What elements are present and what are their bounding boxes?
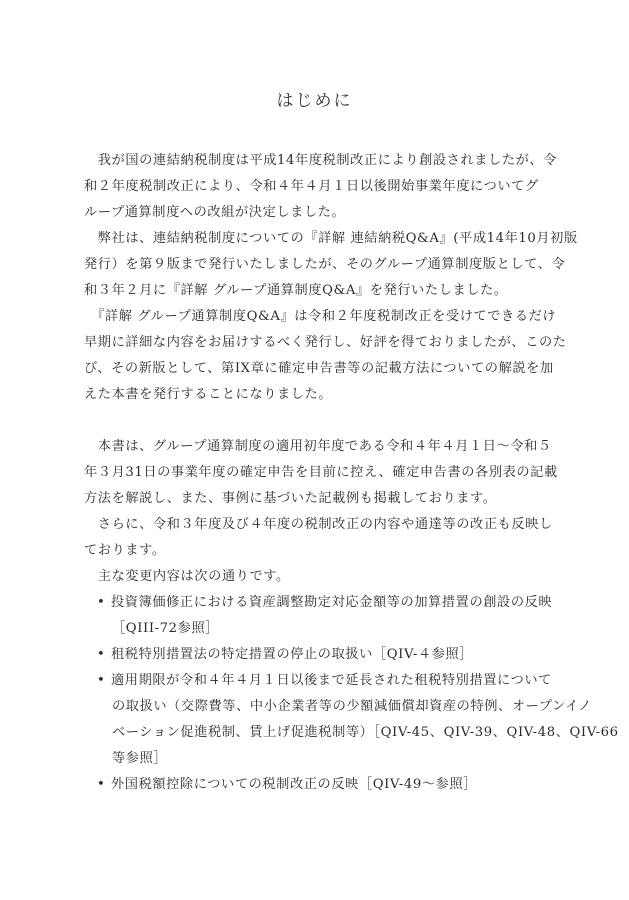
list-item: •投資簿価修正における資産調整勘定対応金額等の加算措置の創設の反映 — [97, 594, 552, 612]
list-item-text: の取扱い（交際費等、中小企業者等の少額減価償却資産の特例、オープンイノ — [112, 699, 592, 714]
text-line: 本書は、グループ通算制度の適用初年度である令和４年４月１日～令和５ — [84, 438, 552, 456]
text-line: 早期に詳細な内容をお届けするべく発行し、好評を得ておりましたが、このた — [84, 334, 567, 352]
list-item-text: 租税特別措置法の特定措置の停止の取扱い［QIV-４参照］ — [111, 647, 473, 662]
text-line: さらに、令和３年度及び４年度の税制改正の内容や通達等の改正も反映し — [84, 516, 553, 534]
list-item: •適用期限が令和４年４月１日以後まで延長された租税特別措置について — [97, 672, 552, 690]
text-line: び、その新版として、第IX章に確定申告書等の記載方法についての解説を加 — [84, 360, 554, 378]
text-line: 年３月31日の事業年度の確定申告を目前に控え、確定申告書の各別表の記載 — [84, 464, 558, 482]
page-title: はじめに — [0, 86, 629, 111]
list-item-text: ［QIII-72参照］ — [112, 621, 219, 636]
list-item-text: 外国税額控除についての税制改正の反映［QIV-49～参照］ — [111, 777, 477, 792]
text-line: 和２年度税制改正により、令和４年４月１日以後開始事業年度についてグ — [84, 178, 539, 196]
bullet-icon: • — [97, 776, 111, 794]
list-item-continuation: ［QIII-72参照］ — [112, 620, 219, 638]
text-line: 弊社は、連結納税制度についての『詳解 連結納税Q&A』(平成14年10月初版 — [84, 230, 578, 248]
list-item-text: 投資簿価修正における資産調整勘定対応金額等の加算措置の創設の反映 — [111, 595, 552, 610]
bullet-icon: • — [97, 646, 111, 664]
text-line: 我が国の連結納税制度は平成14年度税制改正により創設されましたが、令 — [84, 152, 557, 170]
text-line: 和３年２月に『詳解 グループ通算制度Q&A』を発行いたしました。 — [84, 282, 508, 300]
list-item-continuation: 等参照］ — [112, 750, 167, 768]
text-line: 主な変更内容は次の通りです。 — [84, 568, 290, 586]
text-line: ております。 — [84, 542, 166, 560]
text-line: 『詳解 グループ通算制度Q&A』は令和２年度税制改正を受けてできるだけ — [84, 308, 556, 326]
list-item-continuation: ベーション促進税制、賃上げ促進税制等）［QIV-45、QIV-39、QIV-48… — [112, 724, 619, 742]
list-item-text: 等参照］ — [112, 751, 167, 766]
bullet-icon: • — [97, 594, 111, 612]
list-item-continuation: の取扱い（交際費等、中小企業者等の少額減価償却資産の特例、オープンイノ — [112, 698, 592, 716]
list-item-text: ベーション促進税制、賃上げ促進税制等）［QIV-45、QIV-39、QIV-48… — [112, 725, 619, 740]
list-item: •外国税額控除についての税制改正の反映［QIV-49～参照］ — [97, 776, 477, 794]
text-line: 方法を解説し、また、事例に基づいた記載例も掲載しております。 — [84, 490, 497, 508]
text-line: えた本書を発行することになりました。 — [84, 386, 332, 404]
list-item-text: 適用期限が令和４年４月１日以後まで延長された租税特別措置について — [111, 673, 552, 688]
text-line: ループ通算制度への改組が決定しました。 — [84, 204, 345, 222]
bullet-icon: • — [97, 672, 111, 690]
text-line: 発行）を第９版まで発行いたしましたが、そのグループ通算制度版として、令 — [84, 256, 565, 274]
list-item: •租税特別措置法の特定措置の停止の取扱い［QIV-４参照］ — [97, 646, 473, 664]
